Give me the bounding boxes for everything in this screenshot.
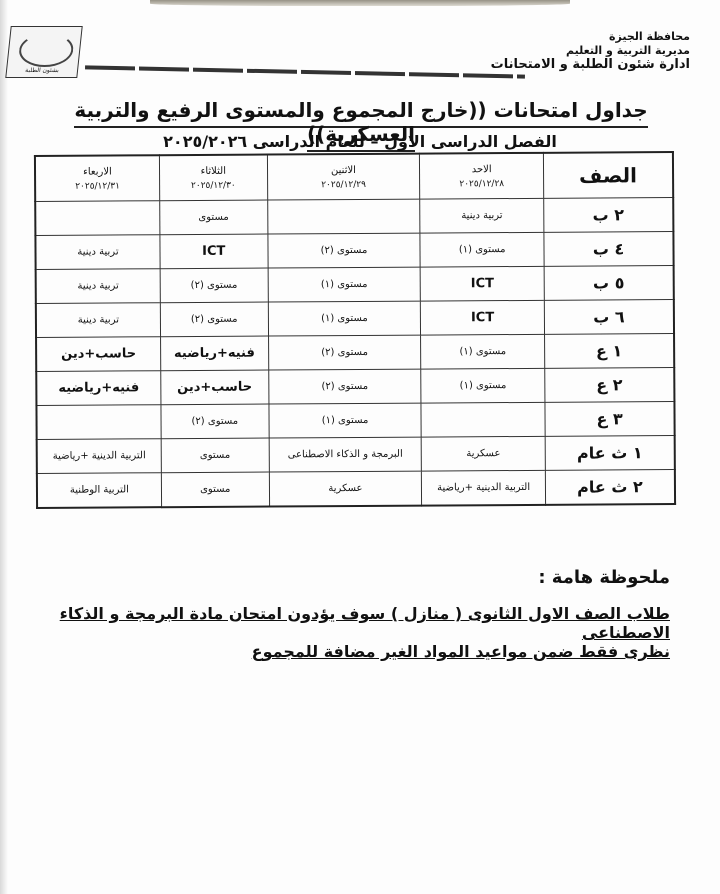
exam-cell: مستوى [160,200,268,235]
table-row: ١ ث عام عسكرية البرمجة و الذكاء الاصطناع… [37,436,675,474]
class-cell: ٥ ب [544,266,674,301]
exam-cell: ICT [421,300,545,335]
exam-cell: مستوى (١) [269,403,422,438]
exam-cell: تربية دينية [36,303,161,338]
exam-cell: تربية دينية [35,235,160,270]
exam-cell: فنيه+رياضيه [36,371,161,406]
exam-cell: التربية الدينية +رياضية [422,470,546,505]
exam-cell: فنيه+رياضيه [160,336,268,371]
class-cell: ٢ ب [544,198,674,233]
table-header-row: الصف الاحد٢٠٢٥/١٢/٢٨ الاثنين٢٠٢٥/١٢/٢٩ ا… [35,152,673,201]
class-cell: ٢ ث عام [545,470,675,505]
exam-cell: عسكرية [269,471,422,506]
table-row: ٣ ع مستوى (١) مستوى (٢) [36,402,674,440]
letterhead: محافظة الجيزة مديرية التربية و التعليم ا… [491,30,690,72]
table-row: ٤ ب مستوى (١) مستوى (٢) ICT تربية دينية [35,232,673,270]
directorate-logo: بشئون الطلبة [5,26,82,78]
table-row: ١ ع مستوى (١) مستوى (٢) فنيه+رياضيه حاسب… [36,334,674,372]
directorate-name: مديرية التربية و التعليم [491,44,690,58]
exam-cell [421,402,545,437]
day-column-header: الثلاثاء٢٠٢٥/١٢/٣٠ [159,155,267,201]
exam-cell: مستوى (١) [268,301,421,336]
class-column-header: الصف [543,152,673,198]
note-line-1: طلاب الصف الاول الثانوى ( منازل ) سوف يؤ… [0,604,670,642]
exam-cell: ICT [160,234,268,269]
exam-cell: التربية الدينية +رياضية [37,439,162,474]
note-heading: ملحوظة هامة : [538,567,670,588]
note-line-2: نظرى فقط ضمن مواعيد المواد الغير مضافة ل… [252,642,670,661]
exam-cell: مستوى [161,472,269,507]
exam-cell: مستوى (٢) [160,268,268,303]
exam-cell: ICT [420,266,544,301]
exam-cell: التربية الوطنية [37,473,162,508]
class-cell: ٢ ع [545,368,675,403]
day-column-header: الاحد٢٠٢٥/١٢/٢٨ [420,153,544,199]
exam-schedule-table: الصف الاحد٢٠٢٥/١٢/٢٨ الاثنين٢٠٢٥/١٢/٢٩ ا… [34,151,676,509]
class-cell: ١ ث عام [545,436,675,471]
exam-cell: تربية دينية [36,269,161,304]
exam-cell: البرمجة و الذكاء الاصطناعى [269,437,422,472]
table-row: ٢ ب تربية دينية مستوى [35,198,673,236]
exam-cell: مستوى (١) [421,334,545,369]
table-row: ٢ ع مستوى (١) مستوى (٢) حاسب+دين فنيه+ري… [36,368,674,406]
governorate-name: محافظة الجيزة [491,30,690,44]
logo-caption: بشئون الطلبة [7,67,78,74]
class-cell: ٤ ب [544,232,674,267]
class-cell: ١ ع [545,334,675,369]
table-row: ٦ ب ICT مستوى (١) مستوى (٢) تربية دينية [36,300,674,338]
day-column-header: الاربعاء٢٠٢٥/١٢/٣١ [35,155,160,201]
exam-cell [35,201,160,236]
exam-cell: حاسب+دين [36,337,161,372]
table-row: ٥ ب ICT مستوى (١) مستوى (٢) تربية دينية [36,266,674,304]
exam-cell: مستوى (٢) [161,404,269,439]
day-column-header: الاثنين٢٠٢٥/١٢/٢٩ [267,154,420,200]
exam-cell [36,405,161,440]
exam-cell: مستوى [161,438,269,473]
exam-cell: مستوى (٢) [268,335,421,370]
exam-cell: عسكرية [421,436,545,471]
header-divider [85,65,525,78]
class-cell: ٣ ع [545,402,675,437]
exam-cell: مستوى (٢) [268,233,421,268]
exam-cell: مستوى (١) [421,368,545,403]
exam-cell: حاسب+دين [161,370,269,405]
exam-cell: مستوى (٢) [160,302,268,337]
exam-cell: مستوى (١) [420,232,544,267]
class-cell: ٦ ب [544,300,674,335]
page-subtitle: الفصل الدراسى الاول – للعام الدراسى ٢٠٢٥… [40,132,680,151]
exam-cell: مستوى (٢) [268,369,421,404]
exam-cell: مستوى (١) [268,267,421,302]
page-edge-shadow [150,0,570,6]
exam-cell [267,199,420,234]
exam-cell: تربية دينية [420,198,544,233]
table-row: ٢ ث عام التربية الدينية +رياضية عسكرية م… [37,470,675,508]
department-name: ادارة شئون الطلبة و الامتحانات [491,58,690,72]
emblem-icon [17,33,75,67]
page-edge-shadow-left [0,0,8,894]
